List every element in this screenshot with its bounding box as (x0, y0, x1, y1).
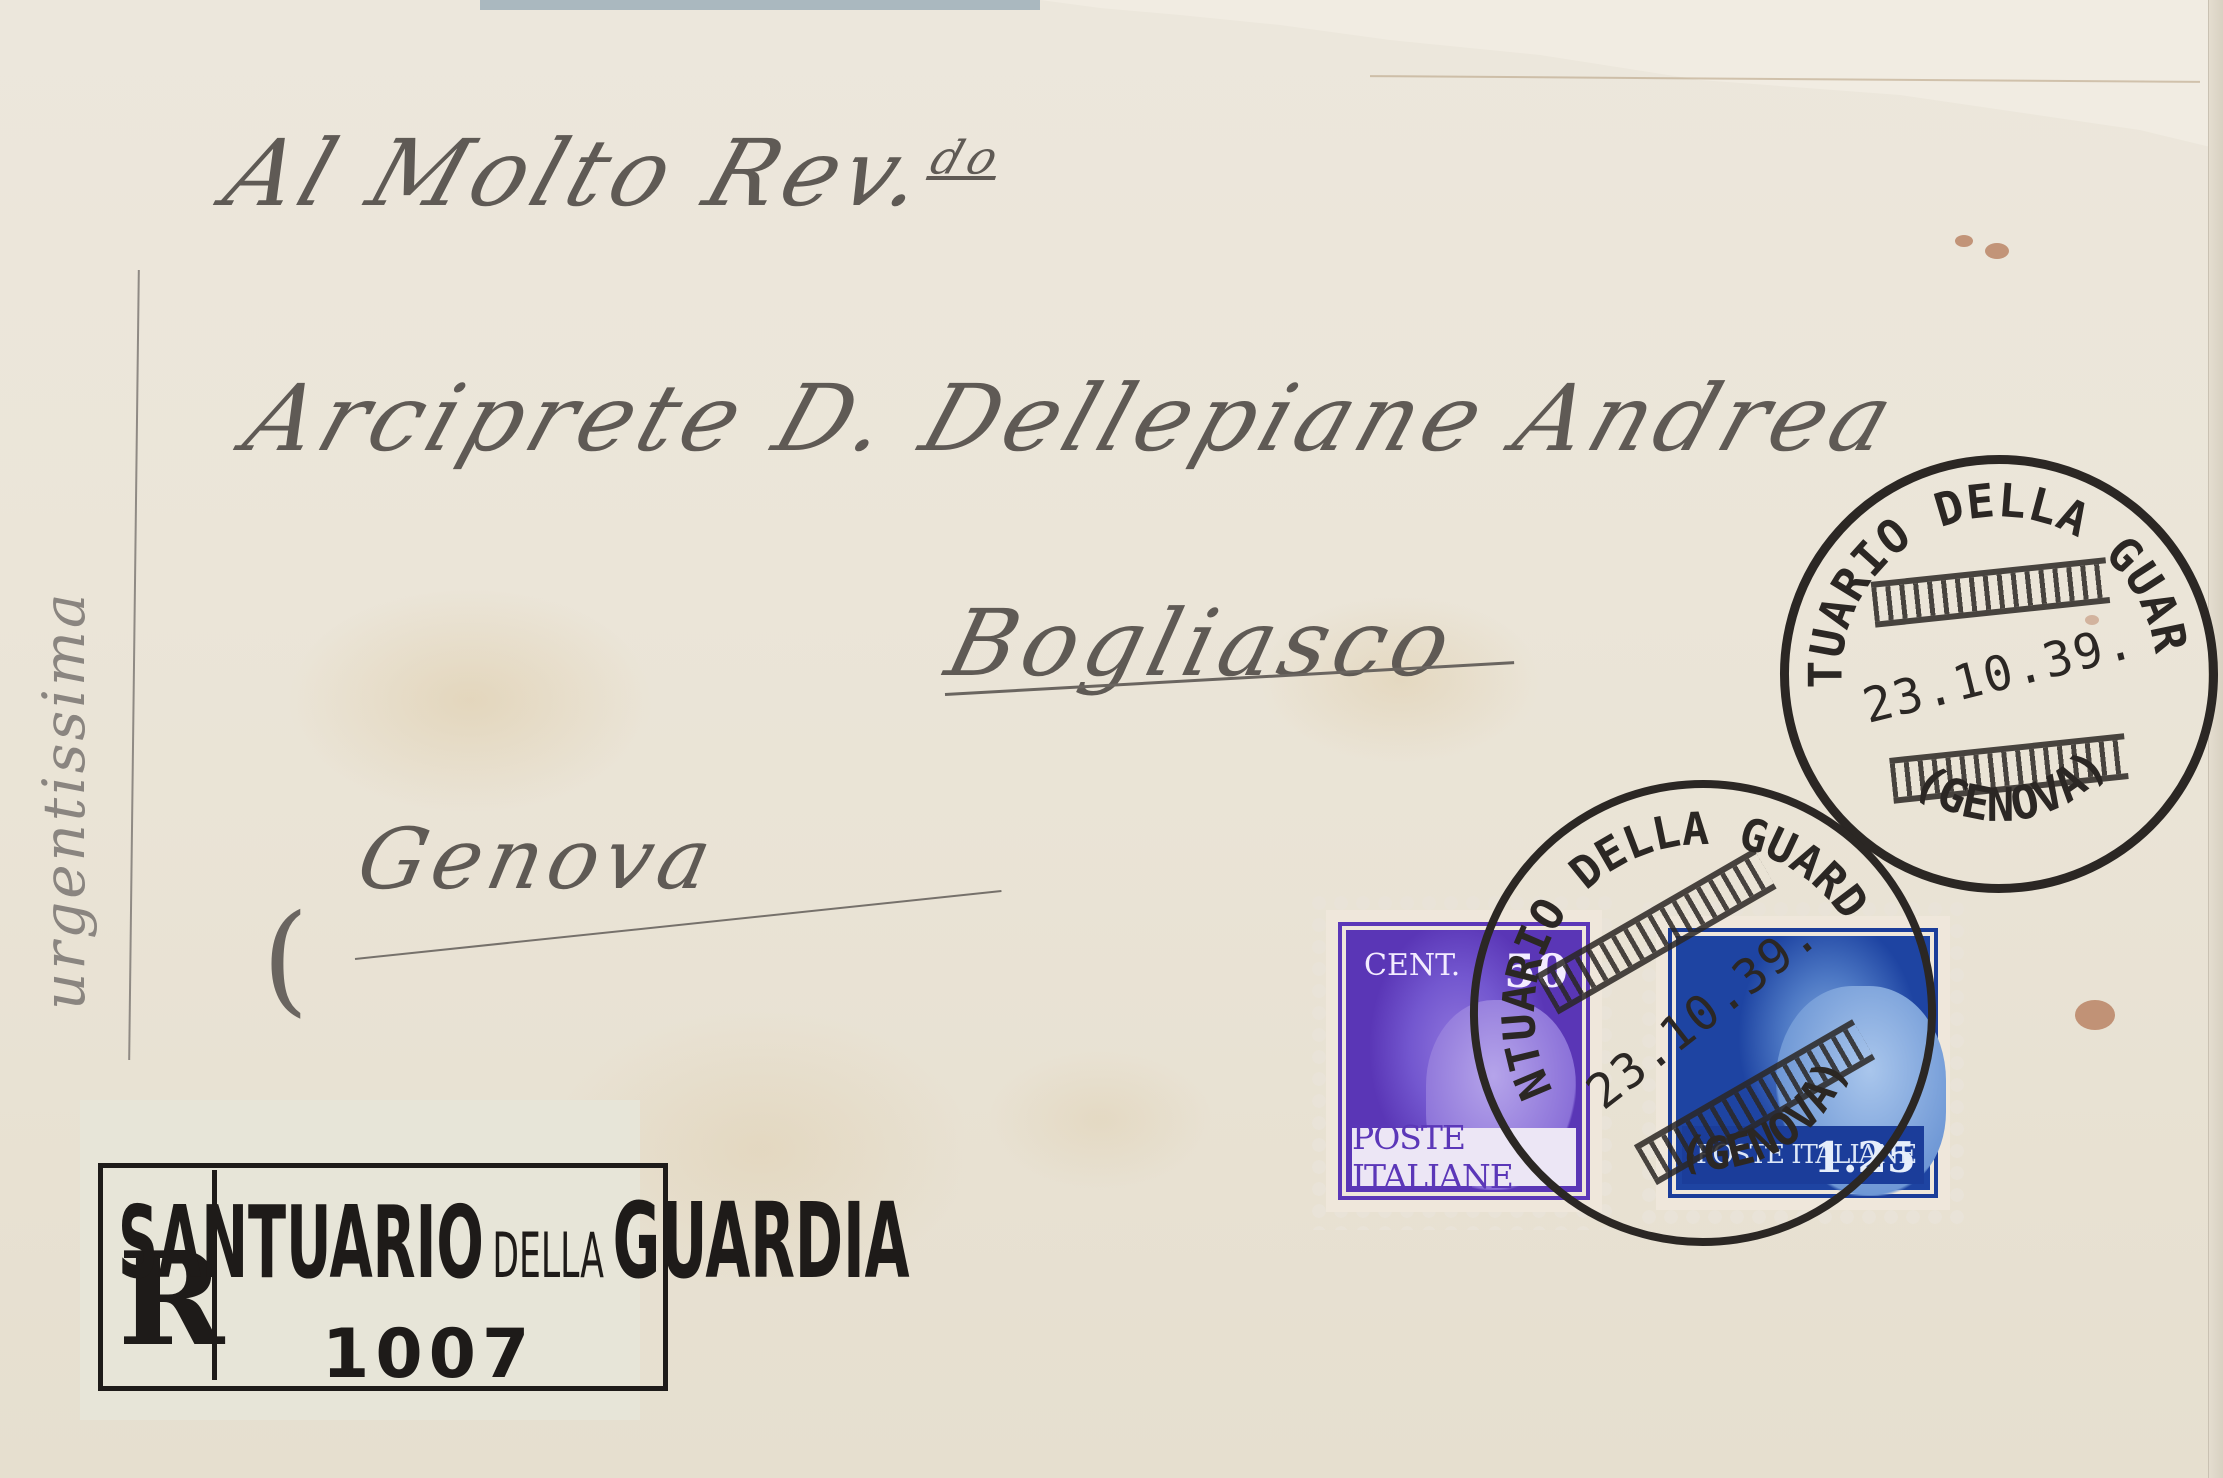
office-word-3: GUARDIA (613, 1180, 910, 1302)
envelope: urgentissima Al Molto Rev.do Arciprete D… (0, 0, 2223, 1478)
foxing-spot (2075, 1000, 2115, 1030)
margin-note: urgentissima (30, 591, 98, 1010)
margin-rule (128, 270, 140, 1060)
office-word-1: SANTUARIO (118, 1184, 484, 1301)
foxing-spot (1955, 235, 1973, 247)
address-line1: Al Molto Rev. (213, 120, 946, 227)
address-recipient: Arciprete D. Dellepiane Andrea (233, 365, 1912, 472)
foxing-spot (1985, 243, 2009, 259)
torn-edge-shadow (480, 0, 1040, 10)
registration-office-cachet: SANTUARIODELLAGUARDIA (118, 1180, 910, 1302)
address-province: Genova (350, 810, 726, 908)
address-salutation: Al Molto Rev.do (213, 120, 1015, 227)
open-paren: ( (262, 890, 309, 1029)
office-word-2: DELLA (484, 1219, 613, 1292)
registration-number: 1007 (322, 1315, 535, 1394)
